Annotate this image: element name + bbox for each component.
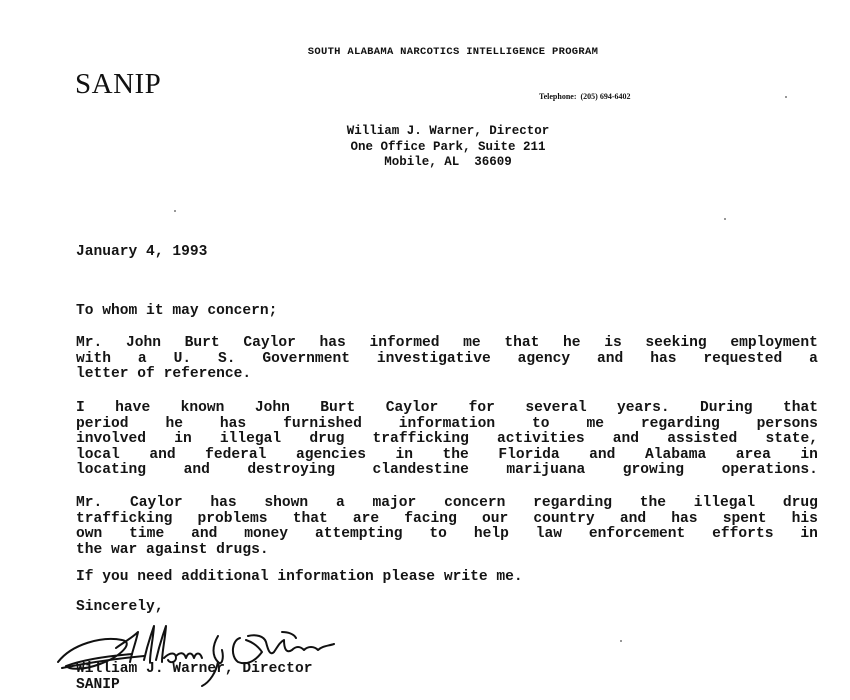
signer-organization: SANIP <box>76 678 120 694</box>
paragraph-line: traffickingproblemsthatarefacingourcount… <box>76 512 818 528</box>
telephone-number: (205) 694-6402 <box>581 92 631 101</box>
paragraph-line: locatinganddestroyingclandestinemarijuan… <box>76 463 818 479</box>
paragraph-line: Mr.JohnBurtCaylorhasinformedmethatheisse… <box>76 336 818 352</box>
scan-speck <box>174 210 176 212</box>
salutation: To whom it may concern; <box>76 304 277 320</box>
paragraph-line: periodhehasfurnishedinformationtomeregar… <box>76 417 818 433</box>
paragraph-4: If you need additional information pleas… <box>76 570 523 586</box>
paragraph-line: IhaveknownJohnBurtCaylorforseveralyears.… <box>76 401 818 417</box>
organization-name: SOUTH ALABAMA NARCOTICS INTELLIGENCE PRO… <box>0 46 850 58</box>
paragraph-line: involvedinillegaldrugtraffickingactiviti… <box>76 432 818 448</box>
paragraph-line: Mr.Caylorhasshownamajorconcernregardingt… <box>76 496 818 512</box>
signer-name: William J. Warner, Director <box>76 662 312 678</box>
scan-speck <box>785 96 787 98</box>
paragraph-1: Mr.JohnBurtCaylorhasinformedmethatheisse… <box>76 336 818 383</box>
scan-speck <box>724 218 726 220</box>
paragraph-2: IhaveknownJohnBurtCaylorforseveralyears.… <box>76 401 818 479</box>
telephone: Telephone: (205) 694-6402 <box>539 92 631 101</box>
paragraph-line: owntimeandmoneyattemptingtohelplawenforc… <box>76 527 818 543</box>
paragraph-3: Mr.Caylorhasshownamajorconcernregardingt… <box>76 496 818 558</box>
paragraph-line: withaU.S.Governmentinvestigativeagencyan… <box>76 352 818 368</box>
letter-date: January 4, 1993 <box>76 245 207 261</box>
address-line-2: One Office Park, Suite 211 <box>0 140 850 155</box>
paragraph-line: the war against drugs. <box>76 543 818 559</box>
logo: SANIP <box>75 68 161 101</box>
telephone-label: Telephone: <box>539 92 577 101</box>
address-line-1: William J. Warner, Director <box>0 124 850 139</box>
paragraph-line: letter of reference. <box>76 367 818 383</box>
scan-speck <box>620 640 622 642</box>
paragraph-line: localandfederalagenciesintheFloridaandAl… <box>76 448 818 464</box>
address-line-3: Mobile, AL 36609 <box>0 155 850 170</box>
